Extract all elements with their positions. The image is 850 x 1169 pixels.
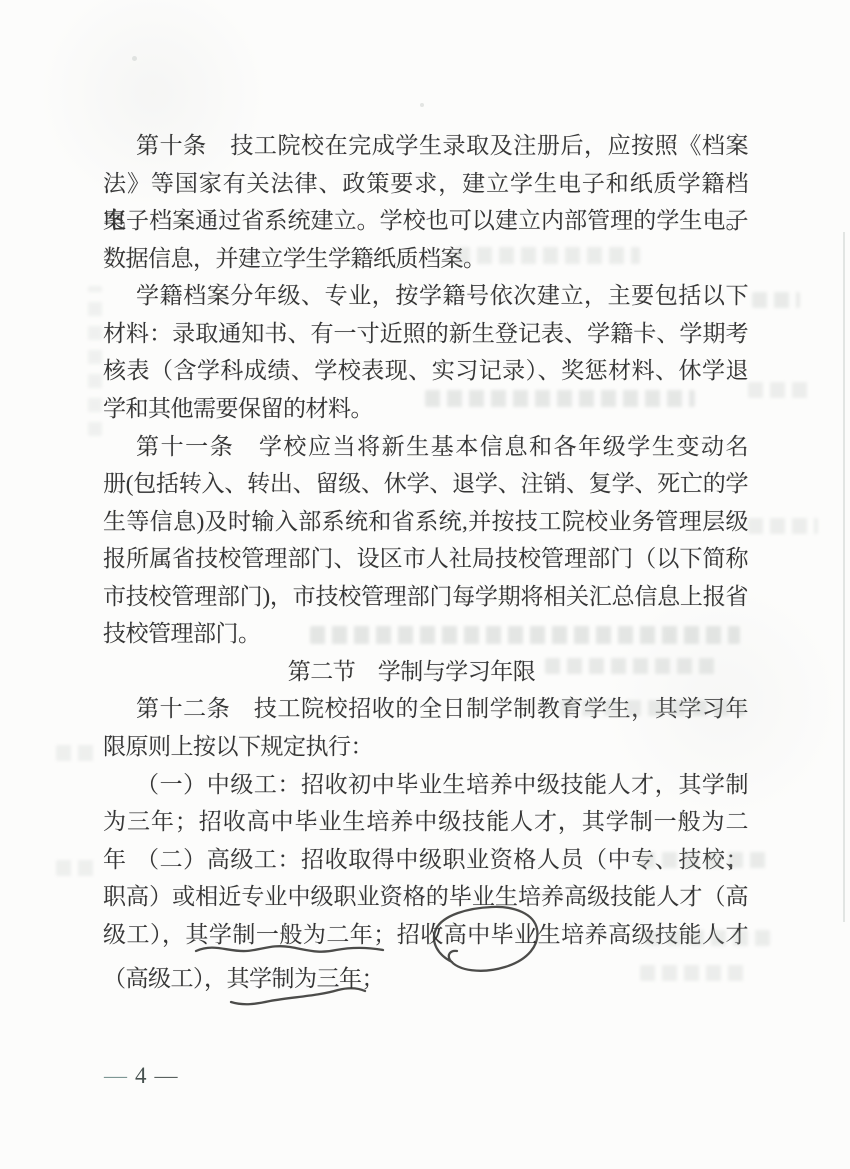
bleedthrough-mark xyxy=(748,382,808,398)
text-line: 材料：录取通知书、有一寸近照的新生登记表、学籍卡、学期考 xyxy=(103,315,748,353)
text-line: 市技校管理部门)，市技校管理部门每学期将相关汇总信息上报省 xyxy=(103,578,748,616)
page-number-dash: — xyxy=(104,1059,127,1093)
text-line: 核表（含学科成绩、学校表现、实习记录）、奖惩材料、休学退 xyxy=(103,352,748,390)
text-line: 第十一条 学校应当将新生基本信息和各年级学生变动名 xyxy=(103,428,748,466)
text-line: 法》等国家有关法律、政策要求，建立学生电子和纸质学籍档案。 xyxy=(103,165,748,203)
text-line: 为三年；招收高中毕业生培养中级技能人才，其学制一般为二年； xyxy=(103,803,748,841)
page-number-dash: — xyxy=(155,1059,178,1093)
text-line: 报所属省技校管理部门、设区市人社局技校管理部门（以下简称 xyxy=(103,540,748,578)
text-line: 生等信息)及时输入部系统和省系统,并按技工院校业务管理层级 xyxy=(103,503,748,541)
scan-speckle xyxy=(132,56,137,61)
bleedthrough-mark xyxy=(752,292,800,308)
bleedthrough-mark xyxy=(425,390,695,407)
text-line: （一）中级工：招收初中毕业生培养中级技能人才，其学制 xyxy=(103,766,748,804)
bleedthrough-mark xyxy=(455,247,640,264)
scanned-document-page: 第十条 技工院校在完成学生录取及注册后，应按照《档案法》等国家有关法律、政策要求… xyxy=(0,0,850,1169)
bleedthrough-mark xyxy=(645,930,770,946)
bleedthrough-mark xyxy=(56,860,96,876)
text-line: 电子档案通过省系统建立。学校也可以建立内部管理的学生电子 xyxy=(103,202,748,240)
text-line: 限原则上按以下规定执行： xyxy=(103,728,748,766)
bleedthrough-mark xyxy=(56,745,96,761)
text-line: 学籍档案分年级、专业，按学籍号依次建立，主要包括以下 xyxy=(103,277,748,315)
text-line: 第十条 技工院校在完成学生录取及注册后，应按照《档案 xyxy=(103,127,748,165)
page-number: — 4 — xyxy=(104,1059,178,1093)
bleedthrough-mark xyxy=(545,658,715,674)
bleedthrough-mark xyxy=(88,286,102,436)
text-line: 数据信息，并建立学生学籍纸质档案。 xyxy=(103,240,748,278)
scan-speckle xyxy=(420,103,424,107)
text-line: 职高）或相近专业中级职业资格的毕业生培养高级技能人才（高 xyxy=(103,878,748,916)
scan-edge-artifact xyxy=(843,232,845,922)
bleedthrough-mark xyxy=(310,626,740,644)
bleedthrough-mark xyxy=(640,965,750,981)
bleedthrough-mark xyxy=(748,518,818,534)
page-number-value: 4 xyxy=(135,1059,147,1093)
bleedthrough-mark xyxy=(640,852,770,868)
bleedthrough-mark xyxy=(560,700,745,716)
text-line: 册(包括转入、转出、留级、休学、退学、注销、复学、死亡的学 xyxy=(103,465,748,503)
